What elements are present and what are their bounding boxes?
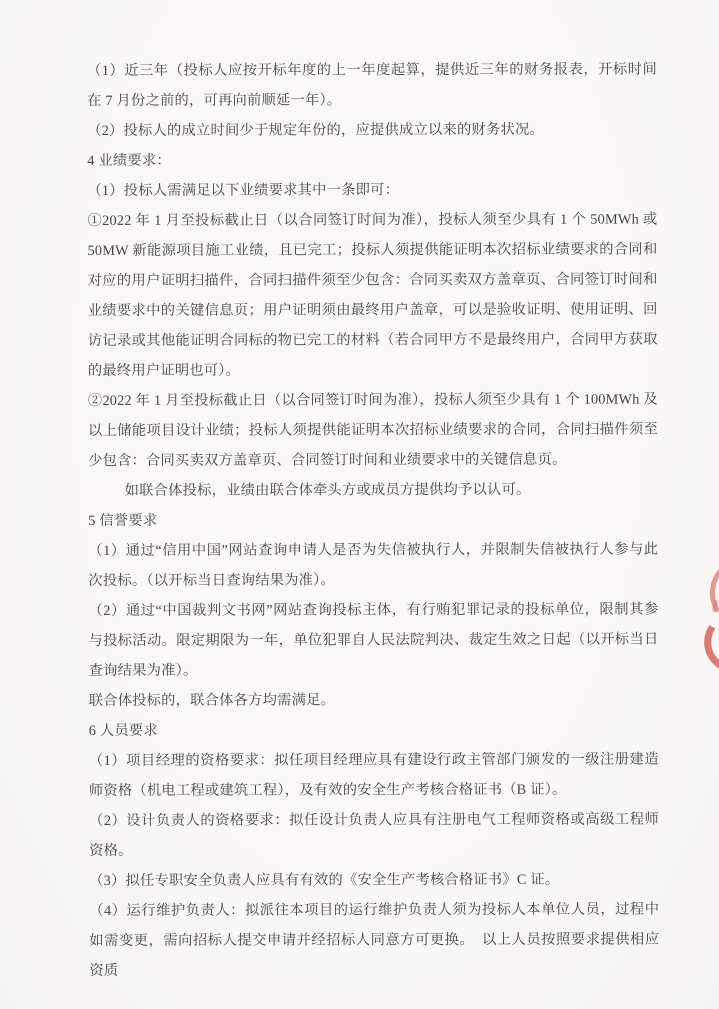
paragraph: 如联合体投标，业绩由联合体牵头方或成员方提供均予以认可。 [88, 475, 658, 506]
paragraph: （2）通过“中国裁判文书网”网站查询投标主体，有行贿犯罪记录的投标单位，限制其参… [88, 595, 658, 686]
paragraph: （1）通过“信用中国”网站查询申请人是否为失信被执行人，并限制失信被执行人参与此… [88, 535, 658, 596]
seal-arc-top [705, 554, 719, 631]
paragraph: （1）投标人需满足以下业绩要求其中一条即可： [87, 175, 657, 206]
page-text: （1）近三年（投标人应按开标年度的上一年度起算，提供近三年的财务报表，开标时间在… [87, 55, 659, 986]
red-seal-fragment [690, 550, 719, 670]
paragraph: （2）投标人的成立时间少于规定年份的，应提供成立以来的财务状况。 [87, 115, 657, 146]
seal-arc-bottom [697, 600, 719, 681]
section-heading: 4 业绩要求： [87, 145, 657, 176]
paragraph: （2）设计负责人的资格要求：拟任设计负责人应具有注册电气工程师资格或高级工程师资… [89, 805, 659, 866]
paragraph: 联合体投标的，联合体各方均需满足。 [89, 685, 659, 716]
document-page: （1）近三年（投标人应按开标年度的上一年度起算，提供近三年的财务报表，开标时间在… [0, 0, 719, 1009]
paragraph: （1）项目经理的资格要求：拟任项目经理应具有建设行政主管部门颁发的一级注册建造师… [89, 745, 659, 806]
paragraph: ②2022 年 1 月至投标截止日（以合同签订时间为准），投标人须至少具有 1 … [88, 385, 658, 476]
section-heading: 5 信誉要求 [88, 505, 658, 536]
paragraph: ①2022 年 1 月至投标截止日（以合同签订时间为准），投标人须至少具有 1 … [87, 205, 657, 386]
paragraph: （1）近三年（投标人应按开标年度的上一年度起算，提供近三年的财务报表，开标时间在… [87, 55, 657, 116]
section-heading: 6 人员要求 [89, 715, 659, 746]
paragraph: （4）运行维护负责人：拟派往本项目的运行维护负责人须为投标人本单位人员，过程中如… [89, 895, 659, 986]
seal-ink-dot [712, 600, 718, 613]
paragraph: （3）拟任专职安全负责人应具有有效的《安全生产考核合格证书》C 证。 [89, 865, 659, 896]
